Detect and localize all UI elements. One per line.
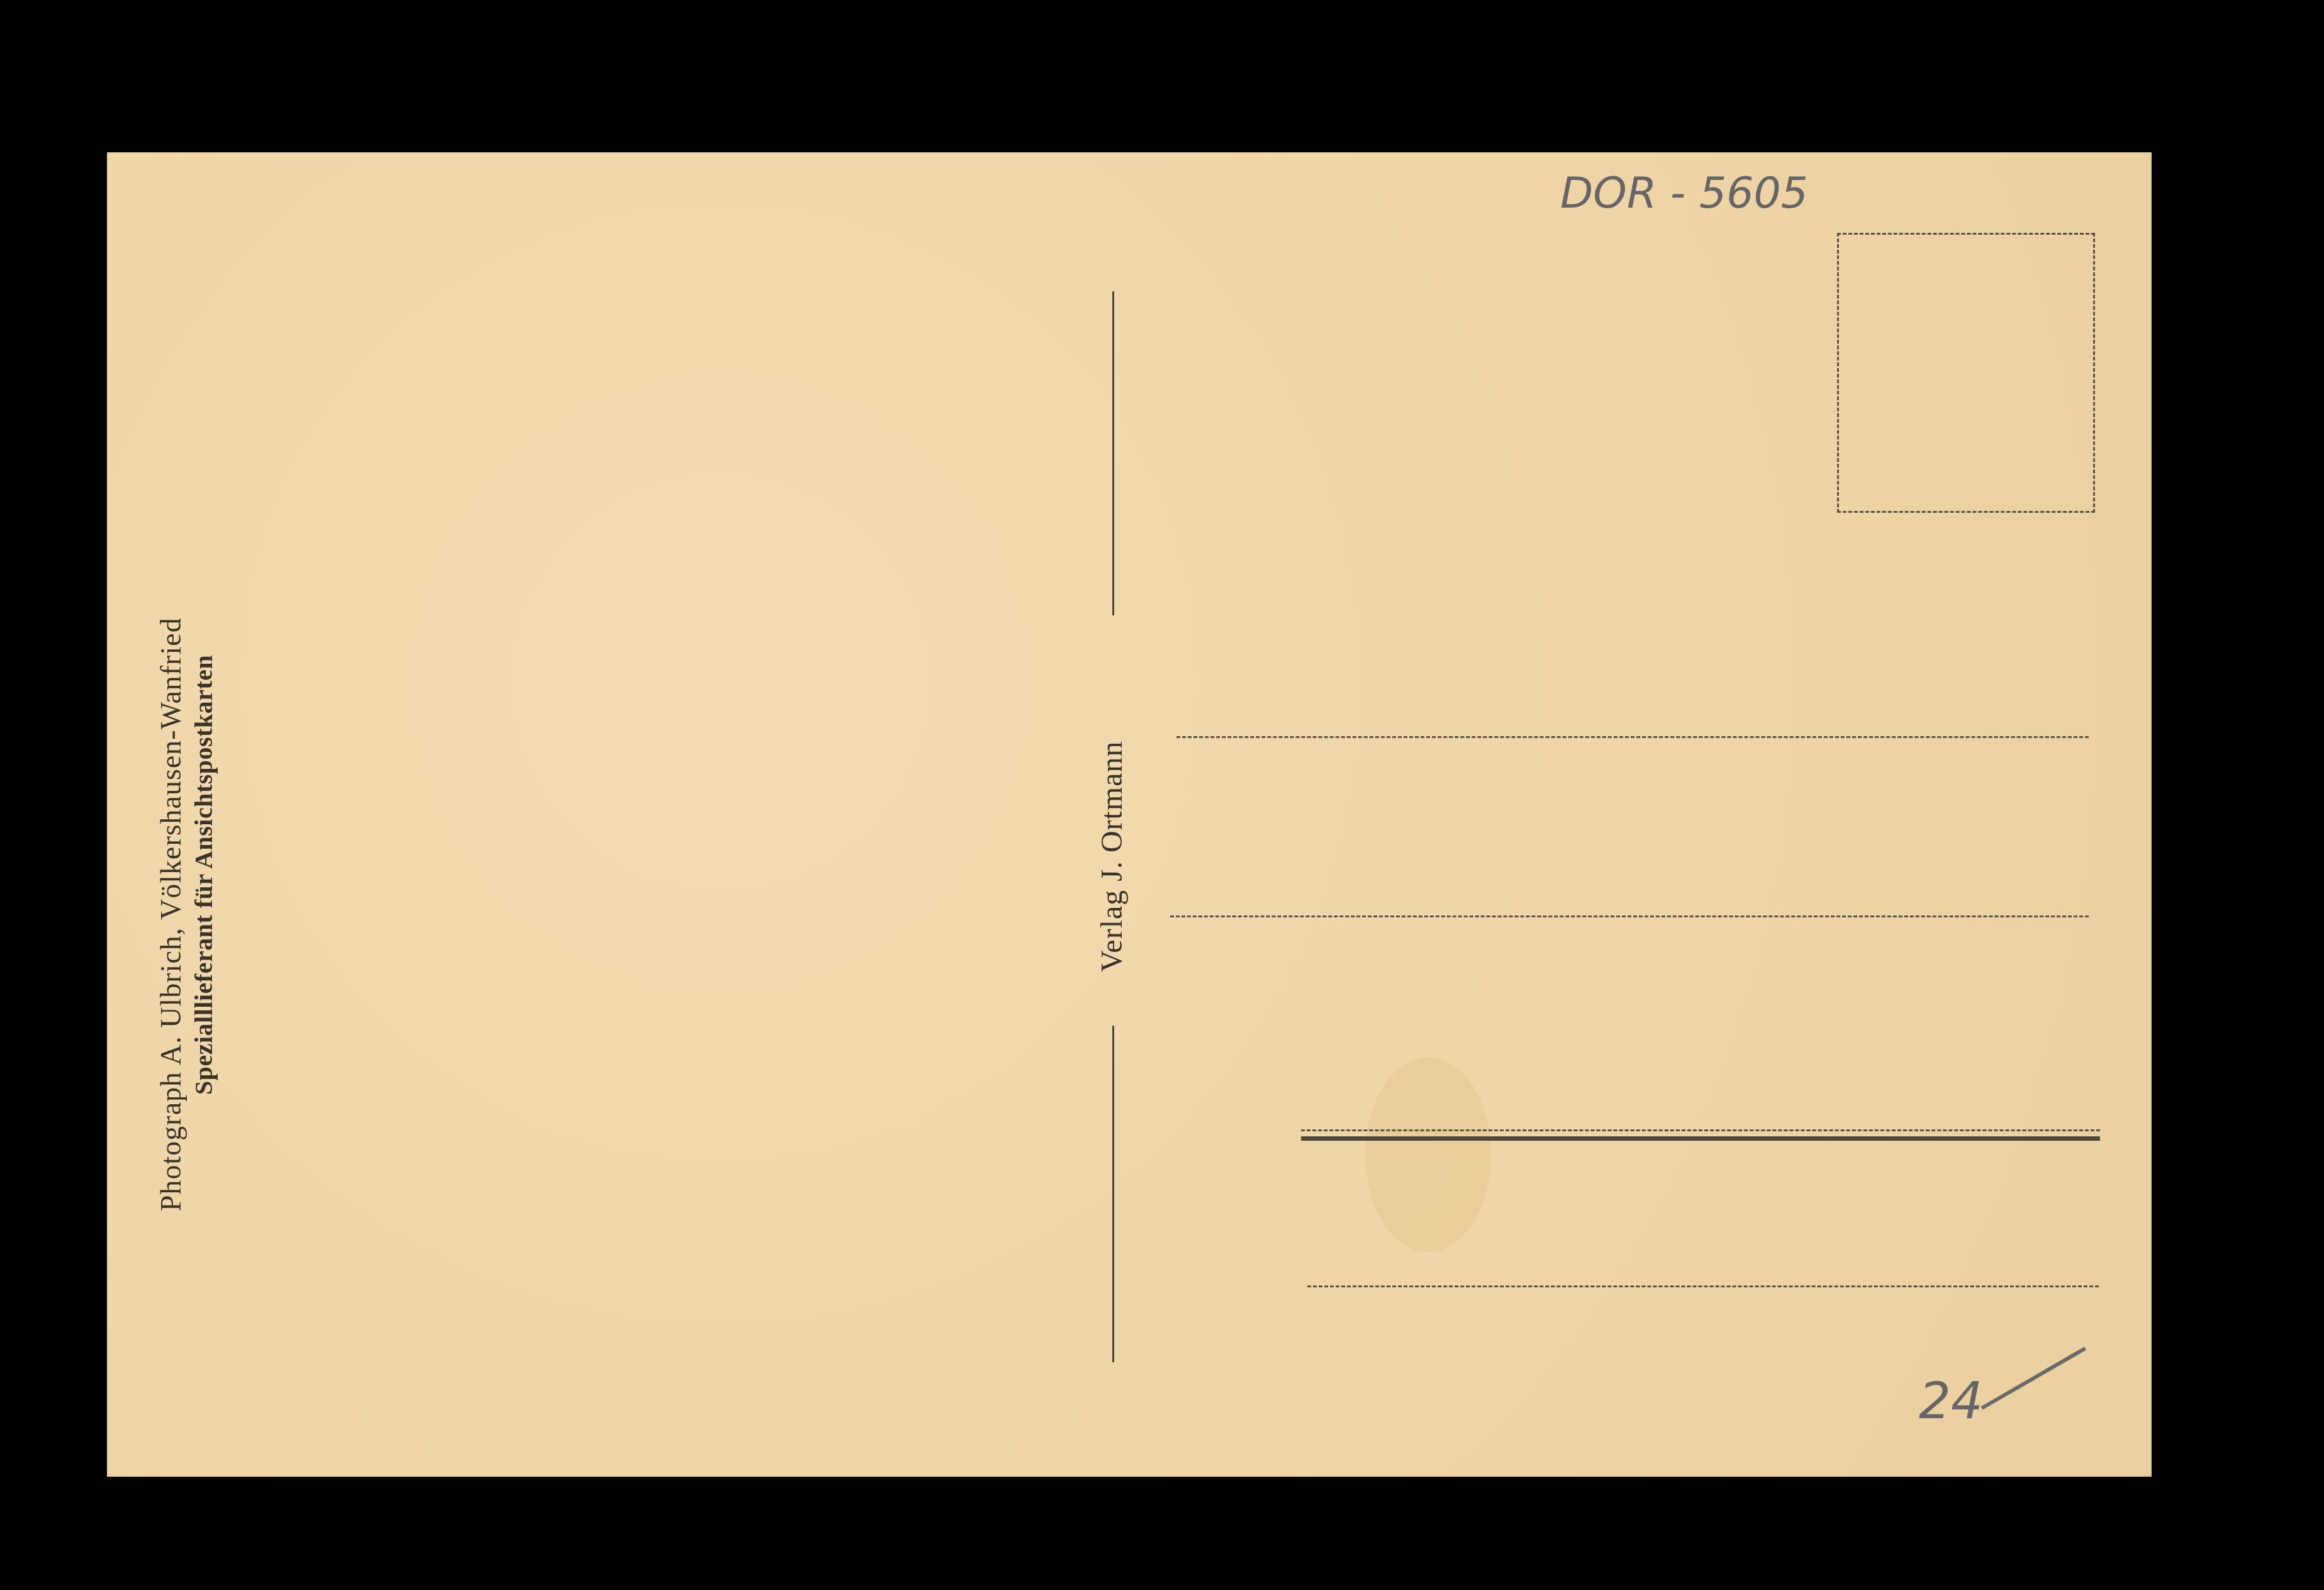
catalog-number: DOR - 5605 <box>1560 169 1808 218</box>
specialty-credit: Spezialllieferant für Ansichtspostkarten <box>189 655 218 1095</box>
water-stain <box>1365 1057 1491 1252</box>
address-line-1 <box>1176 736 2089 738</box>
address-line-2 <box>1170 915 2089 917</box>
stamp-box <box>1837 233 2095 513</box>
address-line-4 <box>1307 1285 2099 1287</box>
publisher-credit: Verlag J. Ortmann <box>1095 741 1129 972</box>
divider-line-bottom <box>1112 1026 1114 1362</box>
address-line-3-dashed <box>1301 1129 2100 1131</box>
pencil-note: 24 <box>1919 1372 1983 1430</box>
photographer-credit: Photograph A. Ulbrich, Völkershausen-Wan… <box>154 617 187 1211</box>
divider-line-top <box>1112 291 1114 615</box>
address-line-3-solid <box>1301 1136 2100 1141</box>
